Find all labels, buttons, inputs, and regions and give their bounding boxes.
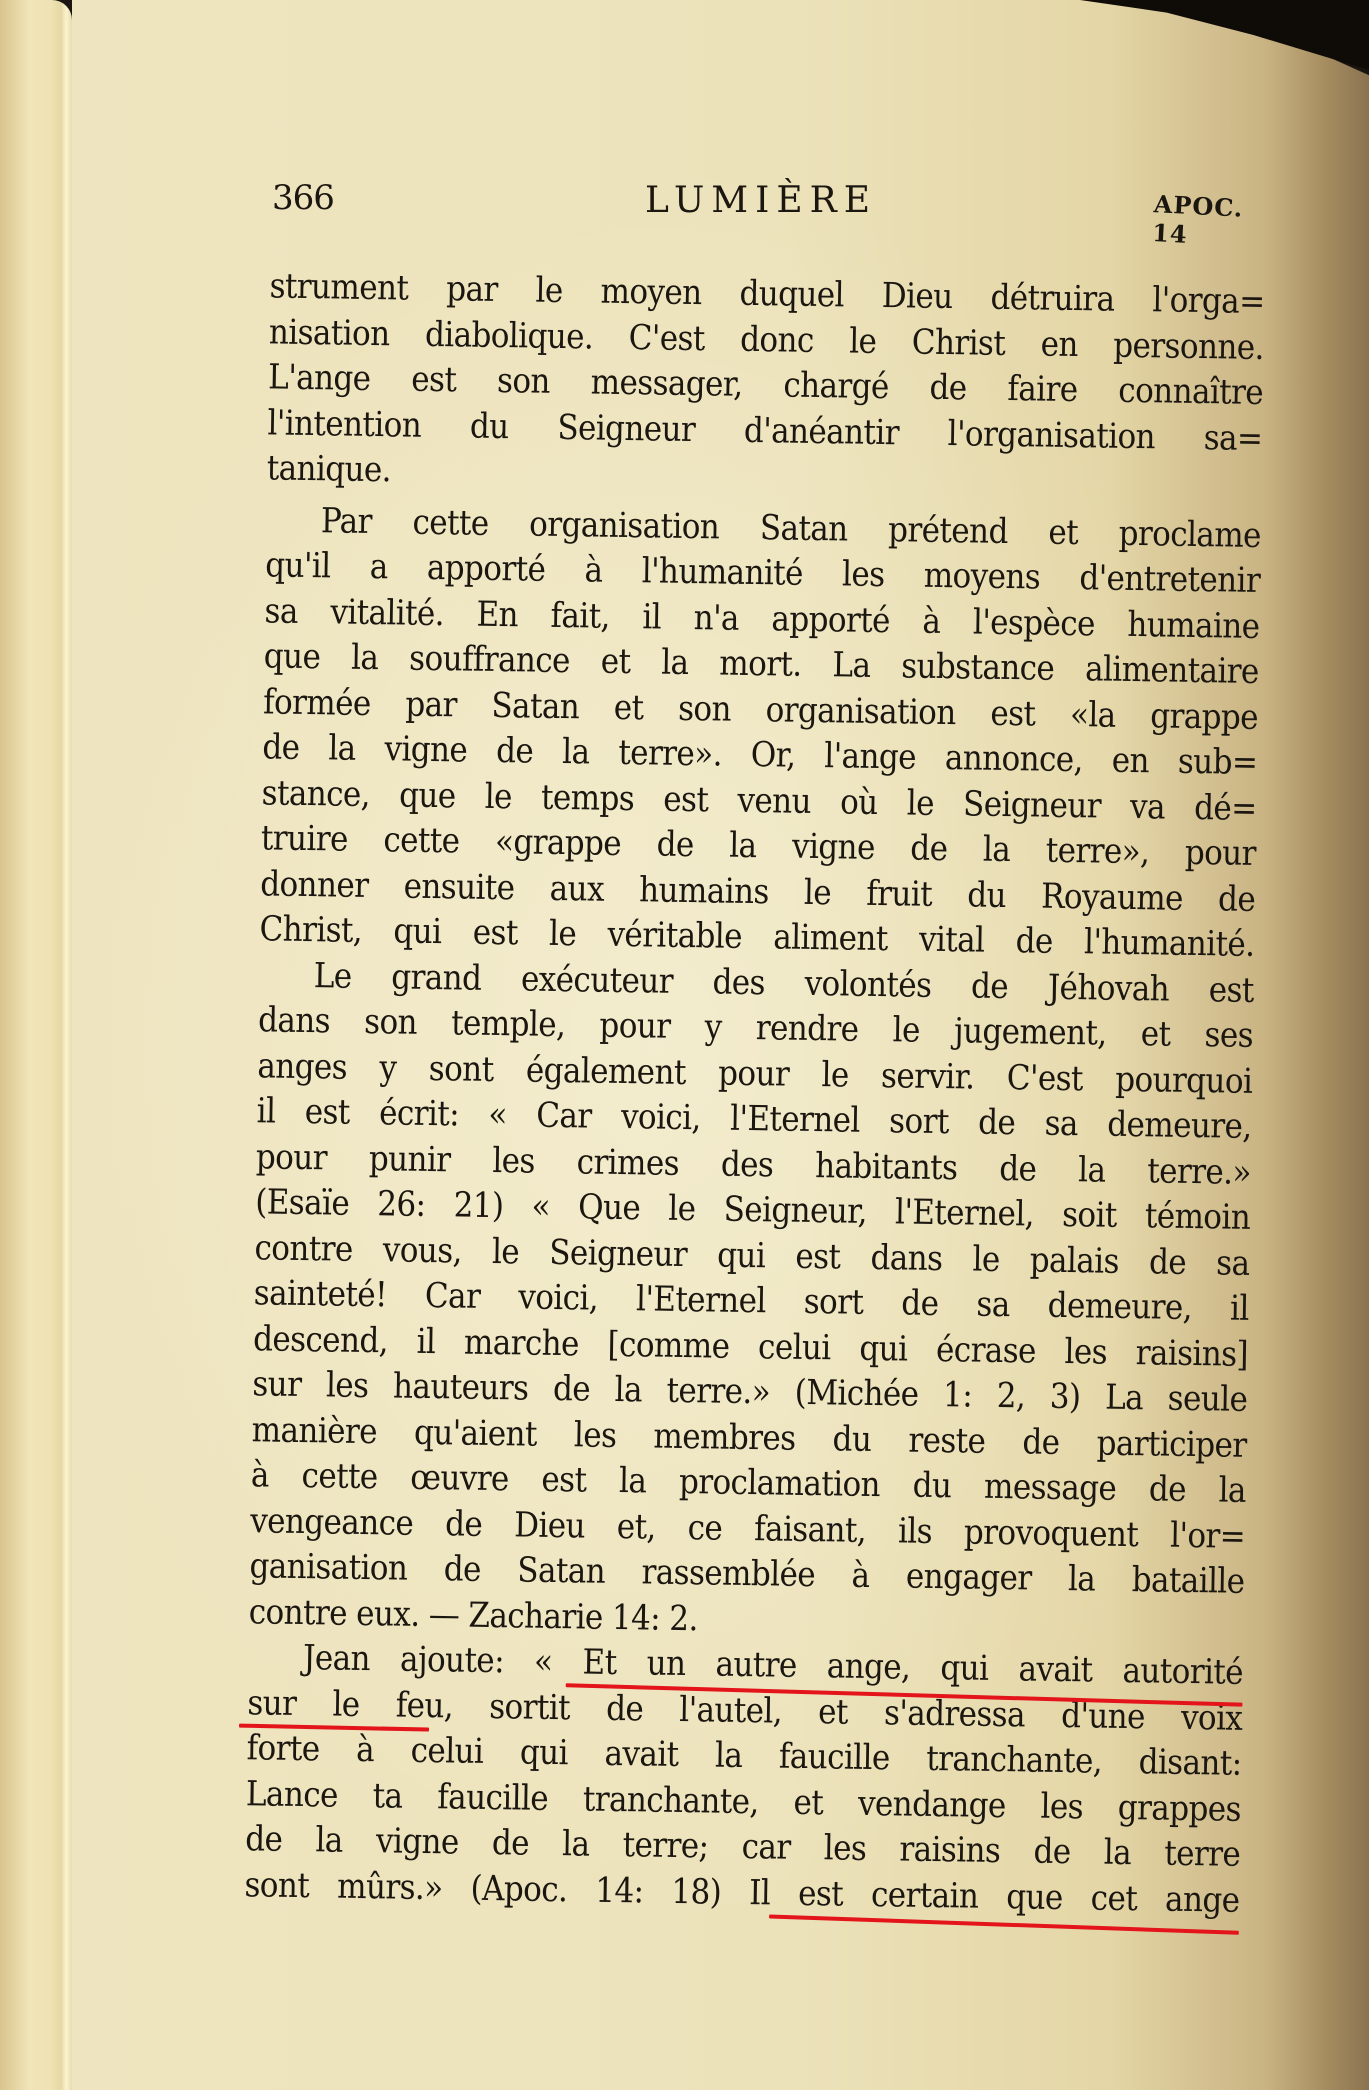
book-page-scan: 366 LUMIÈRE APOC. 14 strument par le moy… <box>0 0 1369 2090</box>
page-number: 366 <box>272 178 334 218</box>
book-title: LUMIÈRE <box>645 180 877 221</box>
paragraph: Le grand exécuteur des volontés de Jéhov… <box>248 953 1254 1651</box>
body-text: strument par le moyen duquel Dieu détrui… <box>219 264 1265 1924</box>
chapter-reference: APOC. 14 <box>1152 189 1267 253</box>
running-header: 366 LUMIÈRE APOC. 14 <box>245 170 1265 240</box>
page-content: 366 LUMIÈRE APOC. 14 strument par le moy… <box>245 170 1265 1908</box>
paragraph: Jean ajoute: « Et un autre ange, qui ava… <box>244 1635 1243 1924</box>
paragraph: strument par le moyen duquel Dieu détrui… <box>266 264 1264 507</box>
paragraph: Par cette organisation Satan prétend et … <box>259 498 1261 969</box>
facing-page-edge <box>0 0 72 2090</box>
